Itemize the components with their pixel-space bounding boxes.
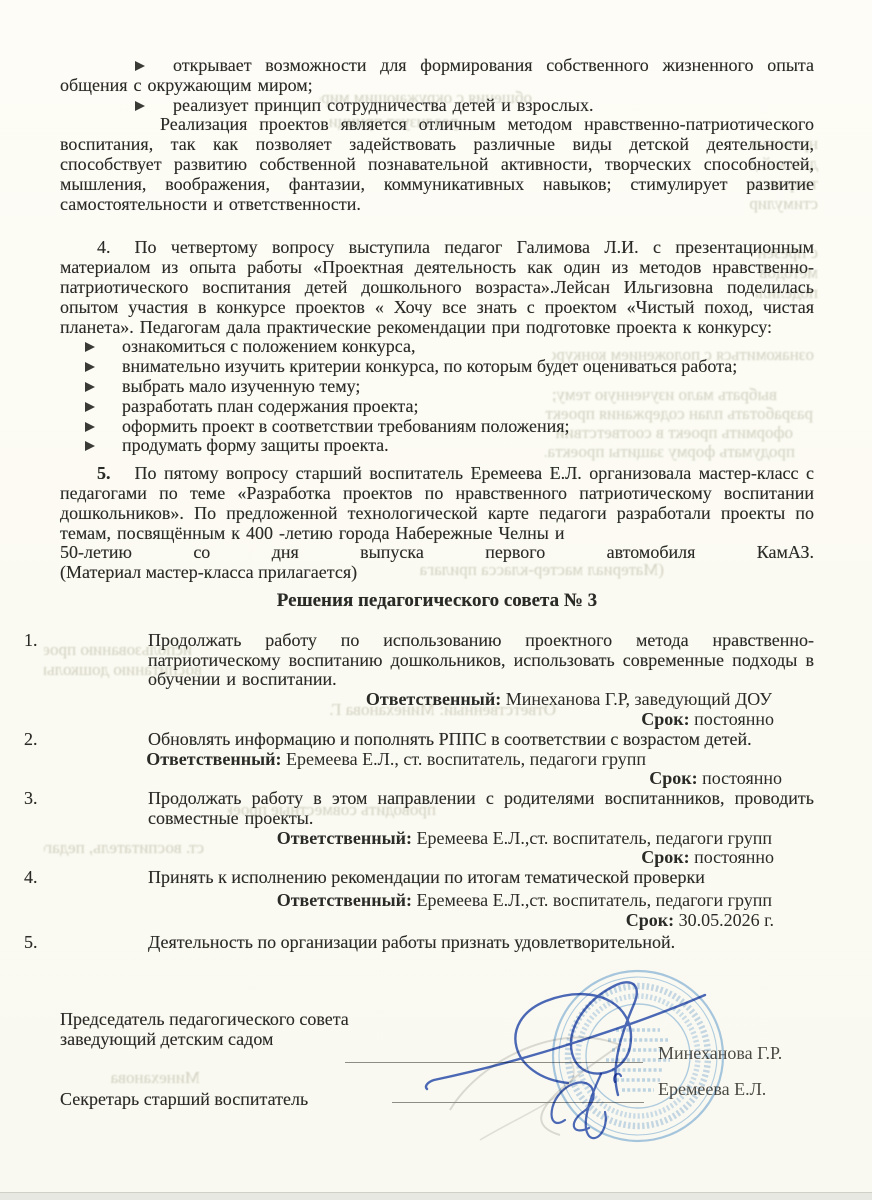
arrow-bullet-icon (135, 61, 145, 71)
decision-text: 4.Принять к исполнению рекомендации по и… (60, 868, 814, 888)
recommendation-item: продумать форму защиты проекта. (60, 436, 814, 456)
decision-number: 5. (112, 933, 148, 953)
paragraph-item4: 4.По четвертому вопросу выступила педаго… (60, 238, 814, 337)
decision-text: 5.Деятельность по организации работы при… (60, 933, 814, 953)
arrow-bullet-icon (85, 342, 95, 352)
signature-secretary-ink (535, 1066, 675, 1152)
responsible-label: Ответственный: (277, 890, 412, 910)
decision-number: 2. (112, 730, 148, 750)
paragraph-number: 4. (97, 237, 111, 257)
bullet-item: реализует принцип сотрудничества детей и… (60, 96, 814, 116)
decision-deadline: Срок: постоянно (60, 710, 814, 730)
responsible-label: Ответственный: (366, 689, 501, 709)
decision-responsible: Ответственный: Еремеева Е.Л.,ст. воспита… (60, 829, 814, 849)
secretary-title: Секретарь старший воспитатель (60, 1088, 308, 1110)
bleedthrough-text: Минеханова (68, 1068, 200, 1088)
decision-responsible: Ответственный: Минеханова Г.Р, заведующи… (60, 690, 814, 710)
decision-item-3: 3.Продолжать работу в этом направлении с… (60, 789, 814, 868)
decision-item-5: 5.Деятельность по организации работы при… (60, 933, 814, 953)
document-page: общения с окружающим миром; реализует пр… (0, 0, 872, 1200)
chairman-title-line2: заведующий детским садом (60, 1028, 273, 1050)
decision-deadline: Срок: постоянно (60, 848, 814, 868)
recommendation-text: внимательно изучить критерии конкурса, п… (122, 356, 737, 376)
decision-responsible: Ответственный: Еремеева Е.Л.,ст. воспита… (60, 891, 814, 911)
decision-number: 3. (112, 789, 148, 809)
decision-deadline: Срок: постоянно (60, 769, 814, 789)
paragraph-text: По четвертому вопросу выступила педагог … (60, 237, 814, 336)
recommendation-text: выбрать мало изученную тему; (122, 376, 360, 396)
deadline-label: Срок: (626, 910, 674, 930)
arrow-bullet-icon (135, 101, 145, 111)
decision-deadline: Срок: 30.05.2026 г. (60, 911, 814, 931)
recommendation-item: внимательно изучить критерии конкурса, п… (60, 357, 814, 377)
deadline-label: Срок: (641, 847, 689, 867)
decision-responsible: Ответственный: Еремеева Е.Л., ст. воспит… (60, 750, 814, 770)
bullet-text: открывает возможности для формирования с… (60, 55, 814, 95)
decision-text: 3.Продолжать работу в этом направлении с… (60, 789, 814, 829)
recommendation-text: продумать форму защиты проекта. (122, 435, 389, 455)
decision-text: 1.Продолжать работу по использованию про… (60, 631, 814, 690)
deadline-label: Срок: (641, 709, 689, 729)
decision-text: 2.Обновлять информацию и пополнять РППС … (60, 730, 814, 750)
recommendation-item: ознакомиться с положением конкурса, (60, 337, 814, 357)
decision-number: 4. (112, 868, 148, 888)
arrow-bullet-icon (85, 422, 95, 432)
scanner-edge-strip (0, 1192, 872, 1200)
decisions-heading: Решения педагогического совета № 3 (60, 591, 814, 611)
recommendation-text: оформить проект в соответствии требовани… (122, 416, 570, 436)
recommendation-text: ознакомиться с положением конкурса, (122, 336, 416, 356)
chairman-title-line1: Председатель педагогического совета (60, 1008, 349, 1030)
decision-item-1: 1.Продолжать работу по использованию про… (60, 631, 814, 730)
paragraph-text: По пятому вопросу старший воспитатель Ер… (60, 463, 814, 542)
arrow-bullet-icon (85, 382, 95, 392)
recommendation-text: разработать план содержания проекта; (122, 396, 418, 416)
bullet-item: открывает возможности для формирования с… (60, 56, 814, 96)
recommendation-item: оформить проект в соответствии требовани… (60, 417, 814, 437)
paragraph-number: 5. (97, 463, 111, 483)
document-body: открывает возможности для формирования с… (0, 0, 872, 952)
arrow-bullet-icon (85, 441, 95, 451)
arrow-bullet-icon (85, 362, 95, 372)
responsible-label: Ответственный: (146, 749, 281, 769)
paragraph-realization: Реализация проектов является отличным ме… (60, 115, 814, 214)
paragraph-item5-tail: (Материал мастер-класса прилагается) (60, 563, 814, 583)
paragraph-item5: 5.По пятому вопросу старший воспитатель … (60, 464, 814, 543)
arrow-bullet-icon (85, 402, 95, 412)
responsible-label: Ответственный: (277, 828, 412, 848)
decision-item-4: 4.Принять к исполнению рекомендации по и… (60, 868, 814, 930)
bullet-text: реализует принцип сотрудничества детей и… (173, 95, 594, 115)
deadline-label: Срок: (649, 768, 697, 788)
paragraph-item5-spread-line: 50-летию со дня выпуска первого автомоби… (60, 543, 814, 563)
decision-item-2: 2.Обновлять информацию и пополнять РППС … (60, 730, 814, 789)
decision-number: 1. (112, 631, 148, 651)
recommendation-item: выбрать мало изученную тему; (60, 377, 814, 397)
recommendation-item: разработать план содержания проекта; (60, 397, 814, 417)
